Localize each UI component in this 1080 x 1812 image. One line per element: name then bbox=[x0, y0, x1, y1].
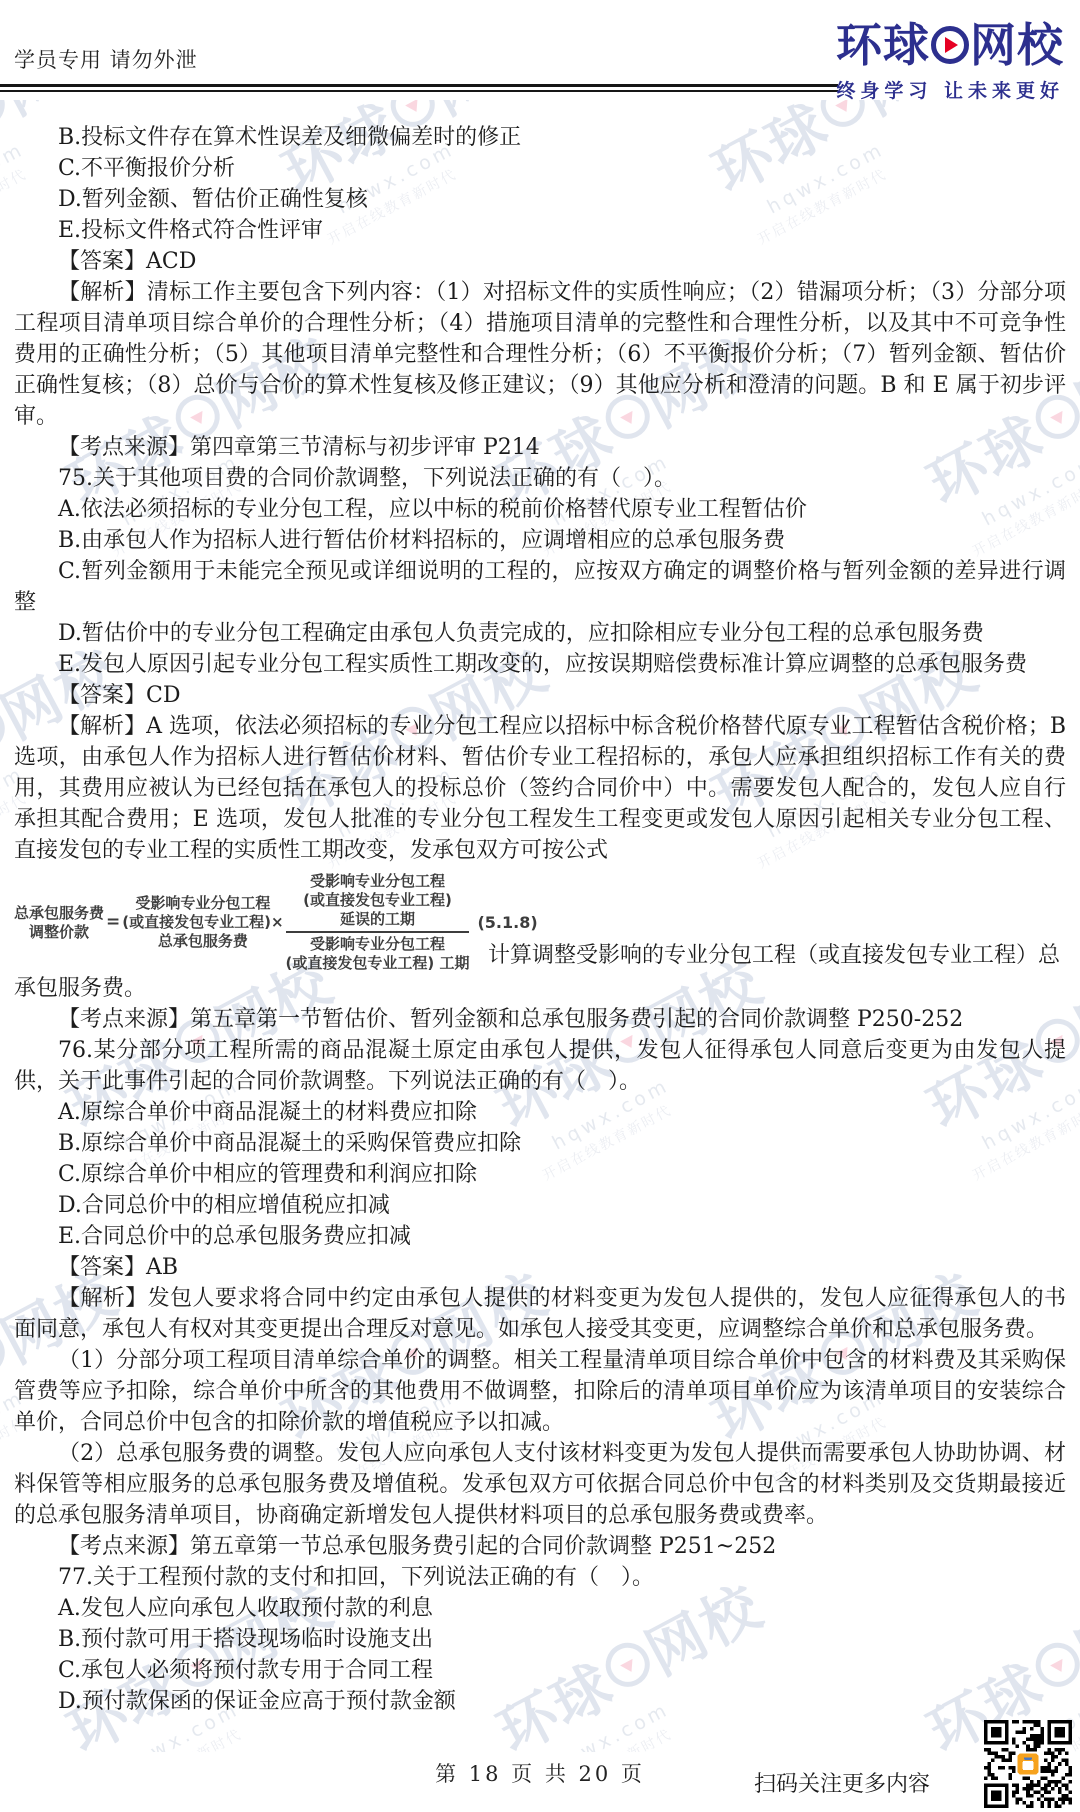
paragraph: 【答案】ACD bbox=[14, 246, 1066, 277]
fraction-numerator: 受影响专业分包工程 (或直接发包专业工程) 延误的工期 bbox=[286, 872, 470, 933]
document-body: B.投标文件存在算术性误差及细微偏差时的修正C.不平衡报价分析D.暂列金额、暂估… bbox=[0, 114, 1080, 1717]
paragraph: A.依法必须招标的专业分包工程，应以中标的税前价格替代原专业工程暂估价 bbox=[14, 494, 1066, 525]
paragraph: 【答案】CD bbox=[14, 680, 1066, 711]
paragraph: 【解析】A 选项，依法必须招标的专业分包工程应以招标中标含税价格替代原专业工程暂… bbox=[14, 711, 1066, 866]
paragraph: 75.关于其他项目费的合同价款调整，下列说法正确的有（ ）。 bbox=[14, 463, 1066, 494]
paragraph: D.暂列金额、暂估价正确性复核 bbox=[14, 184, 1066, 215]
formula-5-1-8: 总承包服务费 调整价款 = 受影响专业分包工程 (或直接发包专业工程)× 总承包… bbox=[14, 872, 488, 973]
paragraph: C.暂列金额用于未能完全预见或详细说明的工程的，应按双方确定的调整价格与暂列金额… bbox=[14, 556, 1066, 618]
formula-following-text: 计算调整受影响的专业分包工程（或直接发包专业工程）总 bbox=[488, 940, 1066, 973]
logo-text-left: 环球 bbox=[836, 22, 930, 68]
paragraph: D.合同总价中的相应增值税应扣减 bbox=[14, 1190, 1066, 1221]
paragraph: 【考点来源】第五章第一节总承包服务费引起的合同价款调整 P251~252 bbox=[14, 1531, 1066, 1562]
qr-code bbox=[984, 1720, 1072, 1808]
page-footer: 第 18 页 共 20 页 扫码关注更多内容 bbox=[0, 1702, 1080, 1812]
formula-fraction: 受影响专业分包工程 (或直接发包专业工程) 延误的工期 受影响专业分包工程 (或… bbox=[286, 872, 470, 973]
paragraph: 【考点来源】第五章第一节暂估价、暂列金额和总承包服务费引起的合同价款调整 P25… bbox=[14, 1004, 1066, 1035]
play-icon bbox=[931, 26, 969, 64]
formula-factor: 受影响专业分包工程 (或直接发包专业工程)× 总承包服务费 bbox=[122, 894, 283, 951]
paragraph: 【考点来源】第四章第三节清标与初步评审 P214 bbox=[14, 432, 1066, 463]
document-page: 环球网校hqwx.com开启在线教育新时代环球网校hqwx.com开启在线教育新… bbox=[0, 0, 1080, 1812]
fraction-denominator: 受影响专业分包工程 (或直接发包专业工程) 工期 bbox=[286, 933, 470, 973]
paragraph: 【解析】清标工作主要包含下列内容：（1）对招标文件的实质性响应；（2）错漏项分析… bbox=[14, 277, 1066, 432]
paragraph: D.暂估价中的专业分包工程确定由承包人负责完成的，应扣除相应专业分包工程的总承包… bbox=[14, 618, 1066, 649]
paragraph: E.合同总价中的总承包服务费应扣减 bbox=[14, 1221, 1066, 1252]
paragraph: B.预付款可用于搭设现场临时设施支出 bbox=[14, 1624, 1066, 1655]
paragraph: （1）分部分项工程项目清单综合单价的调整。相关工程量清单项目综合单价中包含的材料… bbox=[14, 1345, 1066, 1438]
formula-lhs: 总承包服务费 调整价款 bbox=[14, 904, 104, 942]
qr-caption: 扫码关注更多内容 bbox=[754, 1767, 930, 1798]
paragraph: B.原综合单价中商品混凝土的采购保管费应扣除 bbox=[14, 1128, 1066, 1159]
formula-block: 总承包服务费 调整价款 = 受影响专业分包工程 (或直接发包专业工程)× 总承包… bbox=[14, 872, 1066, 973]
paragraph-group-2: 承包服务费。【考点来源】第五章第一节暂估价、暂列金额和总承包服务费引起的合同价款… bbox=[14, 973, 1066, 1717]
paragraph: A.原综合单价中商品混凝土的材料费应扣除 bbox=[14, 1097, 1066, 1128]
equals-sign: = bbox=[104, 913, 122, 932]
paragraph: C.原综合单价中相应的管理费和利润应扣除 bbox=[14, 1159, 1066, 1190]
paragraph: 76.某分部分项工程所需的商品混凝土原定由承包人提供，发包人征得承包人同意后变更… bbox=[14, 1035, 1066, 1097]
brand-logo: 环球 网校 终身学习 让未来更好 bbox=[836, 22, 1064, 103]
paragraph-group-1: B.投标文件存在算术性误差及细微偏差时的修正C.不平衡报价分析D.暂列金额、暂估… bbox=[14, 122, 1066, 866]
paragraph: E.发包人原因引起专业分包工程实质性工期改变的，应按误期赔偿费标准计算应调整的总… bbox=[14, 649, 1066, 680]
paragraph: 77.关于工程预付款的支付和扣回，下列说法正确的有（ ）。 bbox=[14, 1562, 1066, 1593]
paragraph: A.发包人应向承包人收取预付款的利息 bbox=[14, 1593, 1066, 1624]
logo-text-right: 网校 bbox=[970, 22, 1064, 68]
page-header: 学员专用 请勿外泄 环球 网校 终身学习 让未来更好 bbox=[0, 0, 1080, 114]
logo-tagline: 终身学习 让未来更好 bbox=[836, 76, 1064, 103]
paragraph: B.投标文件存在算术性误差及细微偏差时的修正 bbox=[14, 122, 1066, 153]
header-divider bbox=[0, 84, 838, 92]
paragraph: （2）总承包服务费的调整。发包人应向承包人支付该材料变更为发包人提供而需要承包人… bbox=[14, 1438, 1066, 1531]
paragraph: 承包服务费。 bbox=[14, 973, 1066, 1004]
paragraph: B.由承包人作为招标人进行暂估价材料招标的，应调增相应的总承包服务费 bbox=[14, 525, 1066, 556]
paragraph: C.不平衡报价分析 bbox=[14, 153, 1066, 184]
paragraph: 【答案】AB bbox=[14, 1252, 1066, 1283]
formula-equation-number: (5.1.8) bbox=[477, 913, 537, 932]
paragraph: C.承包人必须将预付款专用于合同工程 bbox=[14, 1655, 1066, 1686]
paragraph: 【解析】发包人要求将合同中约定由承包人提供的材料变更为发包人提供的，发包人应征得… bbox=[14, 1283, 1066, 1345]
paragraph: E.投标文件格式符合性评审 bbox=[14, 215, 1066, 246]
